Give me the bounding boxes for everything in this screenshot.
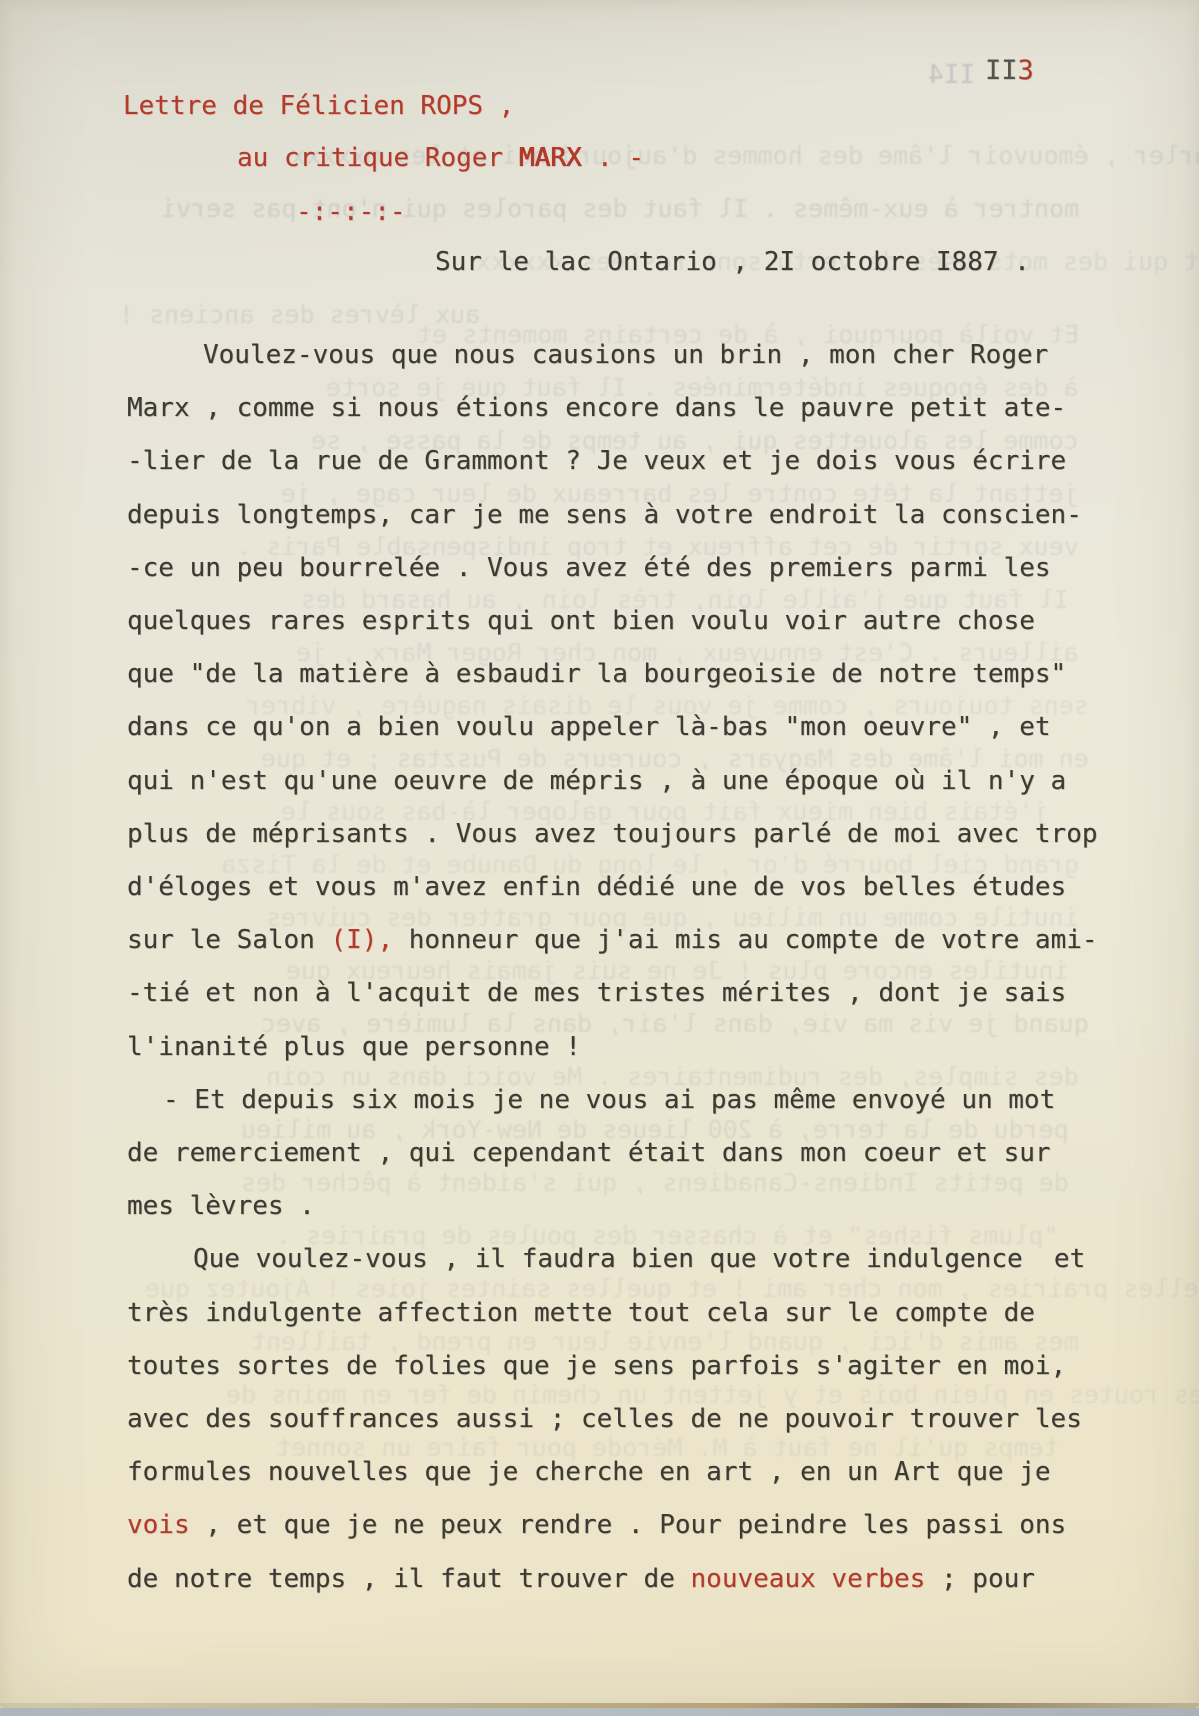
- black-ink-text: Marx , comme si nous étions encore dans …: [127, 393, 1066, 423]
- black-ink-text: ; pour: [925, 1564, 1035, 1594]
- black-ink-text: l'inanité plus que personne !: [127, 1032, 581, 1062]
- black-ink-text: de notre temps , il faut trouver de: [127, 1564, 691, 1594]
- typewritten-letter-page: parler , émouvoir l'âme des hommes d'auj…: [0, 0, 1199, 1716]
- letter-line: - Et depuis six mois je ne vous ai pas m…: [127, 1074, 1137, 1127]
- letter-line: l'inanité plus que personne !: [127, 1021, 1137, 1074]
- letter-line: -lier de la rue de Grammont ? Je veux et…: [127, 435, 1137, 488]
- letter-line: dans ce qu'on a bien voulu appeler là-ba…: [127, 701, 1137, 754]
- black-ink-text: honneur que j'ai mis au compte de votre …: [393, 925, 1097, 955]
- letter-line: d'éloges et vous m'avez enfin dédié une …: [127, 861, 1137, 914]
- letter-line: qui n'est qu'une oeuvre de mépris , à un…: [127, 755, 1137, 808]
- black-ink-text: avec des souffrances aussi ; celles de n…: [127, 1404, 1082, 1434]
- black-ink-text: mes lèvres .: [127, 1191, 315, 1221]
- letter-line: mes lèvres .: [127, 1180, 1137, 1233]
- black-ink-text: depuis longtemps, car je me sens à votre…: [127, 500, 1082, 530]
- black-ink-text: -ce un peu bourrelée . Vous avez été des…: [127, 553, 1051, 583]
- page-number-red: 3: [1018, 55, 1034, 86]
- black-ink-text: que "de la matière à esbaudir la bourgeo…: [127, 659, 1066, 689]
- letter-body: Voulez-vous que nous causions un brin , …: [127, 329, 1137, 1606]
- black-ink-text: quelques rares esprits qui ont bien voul…: [127, 606, 1035, 636]
- letter-line: de remerciement , qui cependant était da…: [127, 1127, 1137, 1180]
- page-number-ghost: II4: [928, 60, 975, 90]
- page-number-black: II: [985, 55, 1018, 86]
- letter-line: que "de la matière à esbaudir la bourgeo…: [127, 648, 1137, 701]
- letter-line: -ce un peu bourrelée . Vous avez été des…: [127, 542, 1137, 595]
- separator-ornament: -:-:-:-: [296, 197, 406, 227]
- black-ink-text: dans ce qu'on a bien voulu appeler là-ba…: [127, 712, 1051, 742]
- black-ink-text: -tié et non à l'acquit de mes tristes mé…: [127, 978, 1066, 1008]
- black-ink-text: qui n'est qu'une oeuvre de mépris , à un…: [127, 766, 1066, 796]
- letter-line: toutes sortes de folies que je sens parf…: [127, 1340, 1137, 1393]
- letter-line: sur le Salon (I), honneur que j'ai mis a…: [127, 914, 1137, 967]
- black-ink-text: - Et depuis six mois je ne vous ai pas m…: [163, 1085, 1055, 1115]
- letter-line: de notre temps , il faut trouver de nouv…: [127, 1553, 1137, 1606]
- scanner-background: [0, 1708, 1199, 1716]
- letter-line: Que voulez-vous , il faudra bien que vot…: [127, 1233, 1137, 1286]
- letter-title: Lettre de Félicien ROPS ,: [123, 91, 514, 121]
- black-ink-text: sur le Salon: [127, 925, 331, 955]
- black-ink-text: Voulez-vous que nous causions un brin , …: [203, 340, 1048, 370]
- letter-line: -tié et non à l'acquit de mes tristes mé…: [127, 967, 1137, 1020]
- page-number: II3: [985, 55, 1034, 86]
- black-ink-text: -lier de la rue de Grammont ? Je veux et…: [127, 446, 1066, 476]
- black-ink-text: d'éloges et vous m'avez enfin dédié une …: [127, 872, 1066, 902]
- ghost-line: aux lèvres des anciens !: [119, 302, 480, 327]
- black-ink-text: de remerciement , qui cependant était da…: [127, 1138, 1051, 1168]
- letter-line: Marx , comme si nous étions encore dans …: [127, 382, 1137, 435]
- black-ink-text: Que voulez-vous , il faudra bien que vot…: [193, 1244, 1085, 1274]
- red-ink-text: nouveaux verbes: [691, 1564, 926, 1594]
- subtitle-pre: au critique Roger: [237, 143, 519, 173]
- letter-line: Voulez-vous que nous causions un brin , …: [127, 329, 1137, 382]
- letter-line: depuis longtemps, car je me sens à votre…: [127, 489, 1137, 542]
- black-ink-text: très indulgente affection mette tout cel…: [127, 1298, 1035, 1328]
- letter-line: formules nouvelles que je cherche en art…: [127, 1446, 1137, 1499]
- subtitle-post: . -: [581, 143, 644, 173]
- letter-subtitle: au critique Roger MARX . -: [237, 143, 644, 173]
- black-ink-text: plus de méprisants . Vous avez toujours …: [127, 819, 1098, 849]
- dateline: Sur le lac Ontario , 2I octobre I887 .: [435, 247, 1030, 277]
- letter-line: très indulgente affection mette tout cel…: [127, 1287, 1137, 1340]
- letter-line: vois , et que je ne peux rendre . Pour p…: [127, 1499, 1137, 1552]
- black-ink-text: , et que je ne peux rendre . Pour peindr…: [190, 1510, 1067, 1540]
- black-ink-text: toutes sortes de folies que je sens parf…: [127, 1351, 1066, 1381]
- black-ink-text: formules nouvelles que je cherche en art…: [127, 1457, 1051, 1487]
- letter-line: plus de méprisants . Vous avez toujours …: [127, 808, 1137, 861]
- subtitle-recipient-name: MARX: [519, 143, 582, 173]
- letter-line: quelques rares esprits qui ont bien voul…: [127, 595, 1137, 648]
- red-ink-text: (I),: [331, 925, 394, 955]
- letter-line: avec des souffrances aussi ; celles de n…: [127, 1393, 1137, 1446]
- red-ink-text: vois: [127, 1510, 190, 1540]
